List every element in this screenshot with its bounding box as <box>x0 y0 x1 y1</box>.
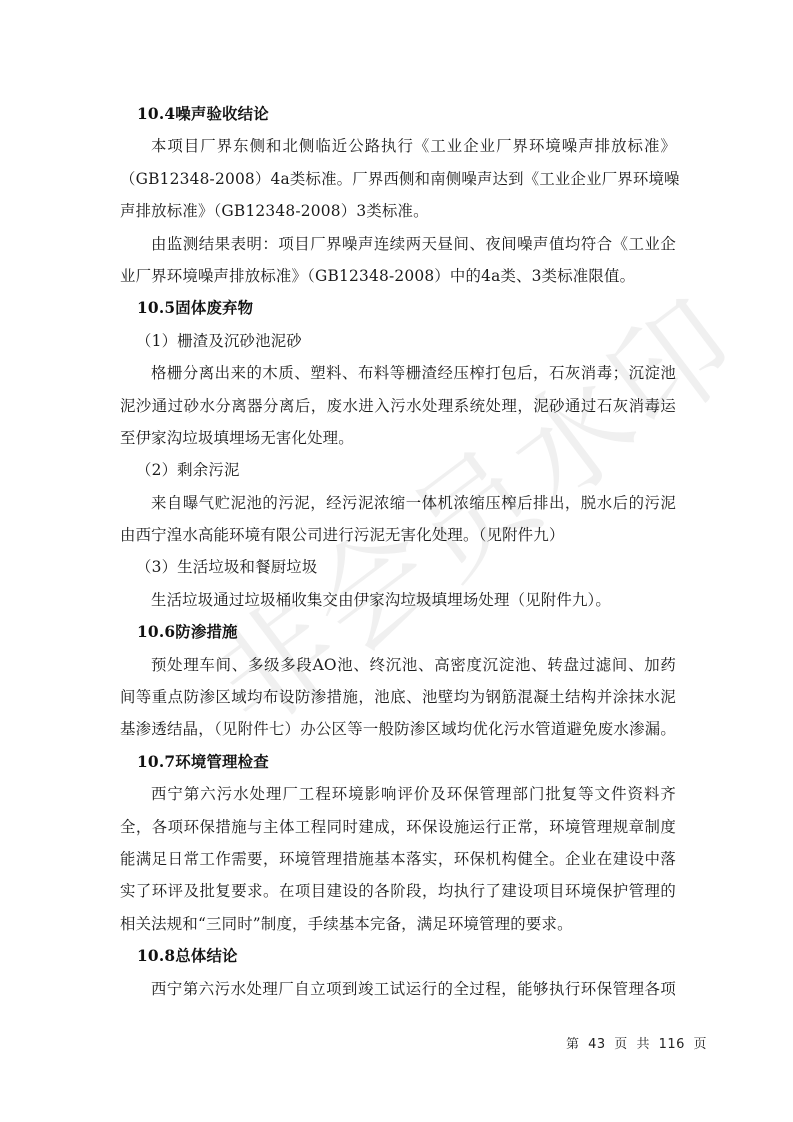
paragraph-line: 实了环评及批复要求。在项目建设的各阶段，均执行了建设项目环境保护管理的 <box>120 875 676 907</box>
paragraph-line: 预处理车间、多级多段AO池、终沉池、高密度沉淀池、转盘过滤间、加药 <box>120 649 676 681</box>
section-heading-10-4: 10.4噪声验收结论 <box>120 98 676 130</box>
section-heading-10-5: 10.5固体废弃物 <box>120 292 676 324</box>
paragraph-line: 能满足日常工作需要，环境管理措施基本落实，环保机构健全。企业在建设中落 <box>120 843 676 875</box>
paragraph-line: 来自曝气贮泥池的污泥，经污泥浓缩一体机浓缩压榨后排出，脱水后的污泥 <box>120 487 676 519</box>
paragraph-line: 业厂界环境噪声排放标准》（GB12348-2008）中的4a类、3类标准限值。 <box>120 260 676 292</box>
section-heading-10-7: 10.7环境管理检查 <box>120 746 676 778</box>
paragraph-line: 本项目厂界东侧和北侧临近公路执行《工业企业厂界环境噪声排放标准》 <box>120 130 676 162</box>
section-heading-10-8: 10.8总体结论 <box>120 940 676 972</box>
paragraph-line: 泥沙通过砂水分离器分离后，废水进入污水处理系统处理，泥砂通过石灰消毒运 <box>120 390 676 422</box>
paragraph-line: 西宁第六污水处理厂工程环境影响评价及环保管理部门批复等文件资料齐 <box>120 778 676 810</box>
paragraph-line: 基渗透结晶，（见附件七）办公区等一般防渗区域均优化污水管道避免废水渗漏。 <box>120 713 676 745</box>
paragraph-line: 由西宁湟水高能环境有限公司进行污泥无害化处理。（见附件九） <box>120 519 676 551</box>
paragraph-line: 由监测结果表明：项目厂界噪声连续两天昼间、夜间噪声值均符合《工业企 <box>120 228 676 260</box>
paragraph-line: 至伊家沟垃圾填埋场无害化处理。 <box>120 422 676 454</box>
paragraph-line: （GB12348-2008）4a类标准。厂界西侧和南侧噪声达到《工业企业厂界环境… <box>120 163 676 195</box>
document-page: 非会员水印 10.4噪声验收结论 本项目厂界东侧和北侧临近公路执行《工业企业厂界… <box>0 0 793 1122</box>
paragraph-line: 相关法规和“三同时”制度，手续基本完备，满足环境管理的要求。 <box>120 908 676 940</box>
subsection-label-2: （2）剩余污泥 <box>120 454 676 486</box>
page-content: 10.4噪声验收结论 本项目厂界东侧和北侧临近公路执行《工业企业厂界环境噪声排放… <box>120 98 676 1005</box>
paragraph-line: 间等重点防渗区域均布设防渗措施，池底、池壁均为钢筋混凝土结构并涂抹水泥 <box>120 681 676 713</box>
subsection-label-3: （3）生活垃圾和餐厨垃圾 <box>120 551 676 583</box>
page-number-footer: 第 43 页 共 116 页 <box>566 1033 707 1052</box>
paragraph-line: 全，各项环保措施与主体工程同时建成，环保设施运行正常，环境管理规章制度 <box>120 811 676 843</box>
paragraph-line: 西宁第六污水处理厂自立项到竣工试运行的全过程，能够执行环保管理各项 <box>120 973 676 1005</box>
subsection-label-1: （1）栅渣及沉砂池泥砂 <box>120 325 676 357</box>
paragraph-line: 格栅分离出来的木质、塑料、布料等栅渣经压榨打包后，石灰消毒；沉淀池 <box>120 357 676 389</box>
paragraph-line: 声排放标准》（GB12348-2008）3类标准。 <box>120 195 676 227</box>
section-heading-10-6: 10.6防渗措施 <box>120 616 676 648</box>
paragraph-line: 生活垃圾通过垃圾桶收集交由伊家沟垃圾填埋场处理（见附件九）。 <box>120 584 676 616</box>
